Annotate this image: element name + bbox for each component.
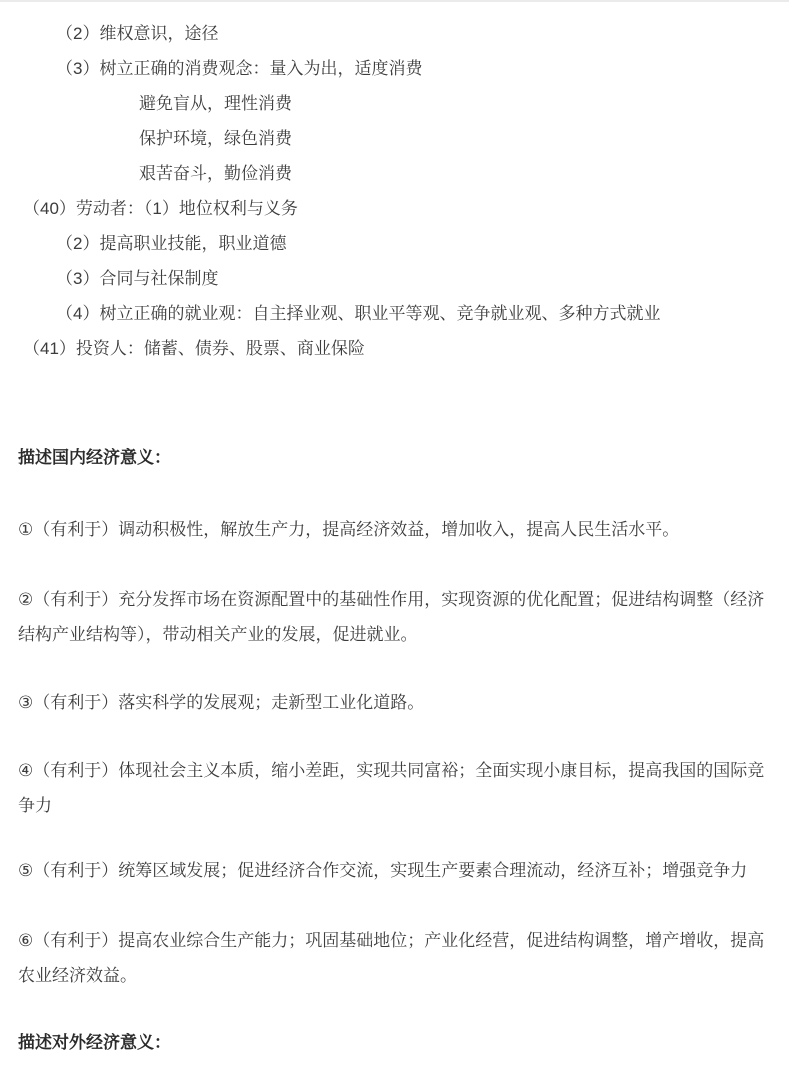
paragraph-domestic-2: ②（有利于）充分发挥市场在资源配置中的基础性作用，实现资源的优化配置；促进结构调…: [18, 582, 771, 652]
note-line-consumer-rights: （2）维权意识，途径: [18, 16, 771, 51]
note-line-contract-social-security: （3）合同与社保制度: [18, 261, 771, 296]
paragraph-domestic-1: ①（有利于）调动积极性，解放生产力，提高经济效益，增加收入，提高人民生活水平。: [18, 512, 771, 547]
section-heading-foreign-economy: 描述对外经济意义：: [18, 1025, 771, 1060]
section-heading-domestic-economy: 描述国内经济意义：: [18, 440, 771, 475]
note-line-employment-view: （4）树立正确的就业观：自主择业观、职业平等观、竞争就业观、多种方式就业: [18, 296, 771, 331]
note-line-thrifty-consumption: 艰苦奋斗，勤俭消费: [18, 156, 771, 191]
note-line-investor: （41）投资人：储蓄、债券、股票、商业保险: [18, 331, 771, 366]
note-line-green-consumption: 保护环境，绿色消费: [18, 121, 771, 156]
note-line-consumption-view: （3）树立正确的消费观念：量入为出，适度消费: [18, 51, 771, 86]
note-line-vocational-skills: （2）提高职业技能，职业道德: [18, 226, 771, 261]
paragraph-domestic-4: ④（有利于）体现社会主义本质，缩小差距，实现共同富裕；全面实现小康目标，提高我国…: [18, 753, 771, 823]
note-line-laborer: （40）劳动者：（1）地位权利与义务: [18, 191, 771, 226]
paragraph-domestic-6: ⑥（有利于）提高农业综合生产能力；巩固基础地位；产业化经营，促进结构调整，增产增…: [18, 923, 771, 993]
document-page: （2）维权意识，途径 （3）树立正确的消费观念：量入为出，适度消费 避免盲从，理…: [0, 2, 789, 1060]
note-line-rational-consumption: 避免盲从，理性消费: [18, 86, 771, 121]
paragraph-domestic-3: ③（有利于）落实科学的发展观；走新型工业化道路。: [18, 685, 771, 720]
paragraph-domestic-5: ⑤（有利于）统筹区域发展；促进经济合作交流，实现生产要素合理流动，经济互补；增强…: [18, 853, 771, 888]
